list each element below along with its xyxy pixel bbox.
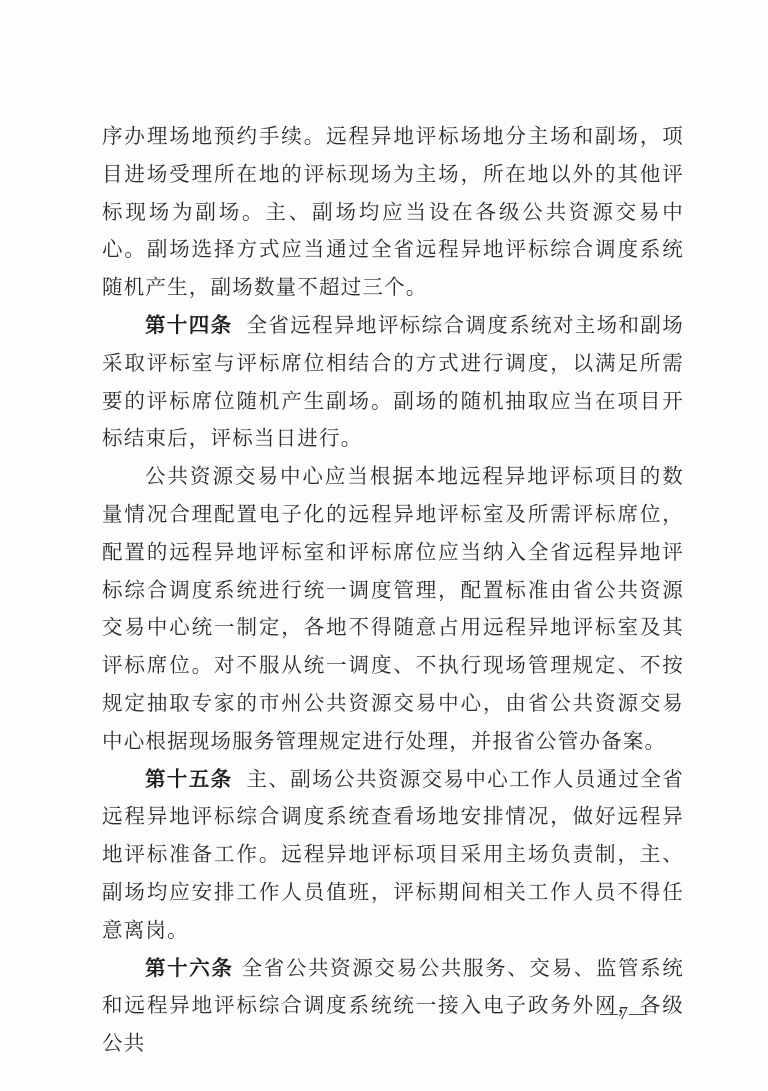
article-14-paragraph: 第十四条全省远程异地评标综合调度系统对主场和副场采取评标室与评标席位相结合的方式…: [102, 307, 684, 458]
paragraph-text: 公共资源交易中心应当根据本地远程异地评标项目的数量情况合理配置电子化的远程异地评…: [102, 464, 684, 753]
paragraph-text: 序办理场地预约手续。远程异地评标场地分主场和副场，项目进场受理所在地的评标现场为…: [102, 124, 684, 299]
document-body: 序办理场地预约手续。远程异地评标场地分主场和副场，项目进场受理所在地的评标现场为…: [102, 118, 684, 1063]
article-15-paragraph: 第十五条主、副场公共资源交易中心工作人员通过全省远程异地评标综合调度系统查看场地…: [102, 761, 684, 950]
paragraph-continuation: 序办理场地预约手续。远程异地评标场地分主场和副场，项目进场受理所在地的评标现场为…: [102, 118, 684, 307]
paragraph-text: 主、副场公共资源交易中心工作人员通过全省远程异地评标综合调度系统查看场地安排情况…: [102, 767, 684, 942]
document-page: 序办理场地预约手续。远程异地评标场地分主场和副场，项目进场受理所在地的评标现场为…: [0, 0, 768, 1091]
article-number: 第十五条: [145, 767, 233, 791]
article-number: 第十六条: [145, 956, 234, 980]
page-number: —7—: [600, 1003, 648, 1024]
article-16-paragraph: 第十六条全省公共资源交易公共服务、交易、监管系统和远程异地评标综合调度系统统一接…: [102, 950, 684, 1063]
article-number: 第十四条: [145, 313, 233, 337]
paragraph-configuration: 公共资源交易中心应当根据本地远程异地评标项目的数量情况合理配置电子化的远程异地评…: [102, 458, 684, 760]
